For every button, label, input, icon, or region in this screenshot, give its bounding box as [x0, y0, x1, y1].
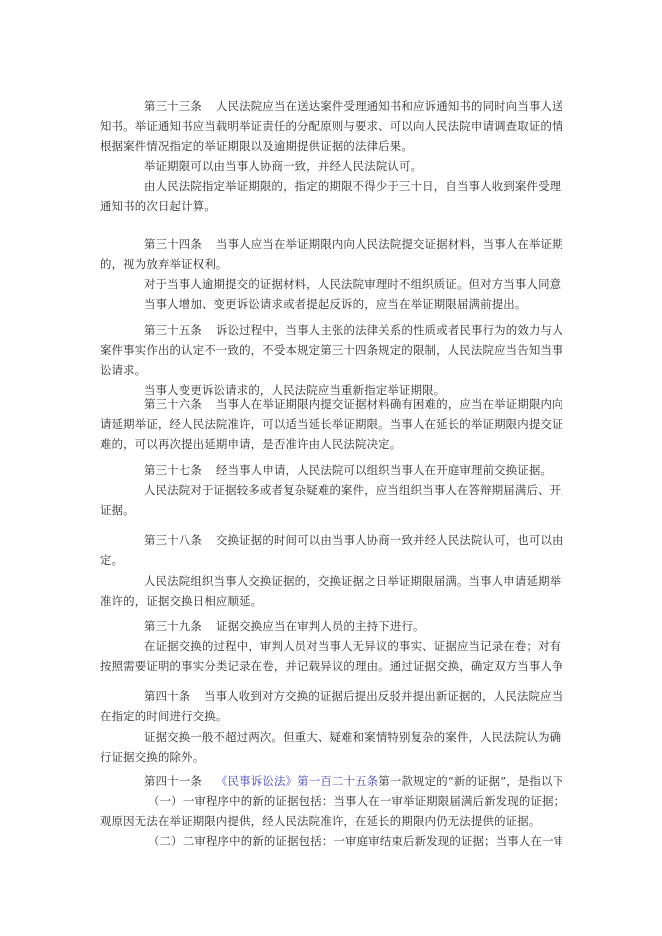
article-36-line: 难的，可以再次提出延期申请，是否准许由人民法院决定。: [100, 435, 562, 453]
article-text: 当事人应当在举证期限内向人民法院提交证据材料，当事人在举证期限内不提交: [216, 237, 562, 251]
article-37-heading-line: 第三十七条经当事人申请，人民法院可以组织当事人在开庭审理前交换证据。: [144, 461, 562, 479]
article-text: 人民法院应当在送达案件受理通知书和应诉通知书的同时向当事人送达举证通: [216, 99, 562, 113]
article-36-heading-line: 第三十六条当事人在举证期限内提交证据材料确有困难的，应当在举证期限内向人民法院申: [144, 395, 562, 413]
article-41-heading-line: 第四十一条《民事诉讼法》第一百二十五条第一款规定的“新的证据”，是指以下情形：: [144, 772, 562, 790]
article-40-line: 行证据交换的除外。: [100, 748, 562, 766]
article-number: 第四十一条: [144, 772, 216, 790]
article-40-paragraph: 证据交换一般不超过两次。但重大、疑难和案情特别复杂的案件，人民法院认为确有必要再…: [144, 728, 562, 746]
article-number: 第三十三条: [144, 97, 216, 115]
article-33-line: 根据案件情况指定的举证期限以及逾期提供证据的法律后果。: [100, 137, 562, 155]
article-33-line: 知书。举证通知书应当载明举证责任的分配原则与要求、可以向人民法院申请调查取证的情…: [100, 117, 562, 135]
article-text: 第一款规定的“新的证据”，是指以下情形：: [378, 774, 562, 788]
article-number: 第四十条: [144, 687, 204, 705]
article-number: 第三十五条: [144, 321, 216, 339]
article-41-item: （二）二审程序中的新的证据包括：一审庭审结束后新发现的证据；当事人在一审举证期限…: [148, 832, 562, 850]
article-text: 证据交换应当在审判人员的主持下进行。: [216, 619, 425, 633]
article-38-line: 定。: [100, 551, 562, 569]
article-38-line: 准许的，证据交换日相应顺延。: [100, 592, 562, 610]
document-page: 第三十三条人民法院应当在送达案件受理通知书和应诉通知书的同时向当事人送达举证通 …: [0, 0, 662, 936]
article-34-heading-line: 第三十四条当事人应当在举证期限内向人民法院提交证据材料，当事人在举证期限内不提交: [144, 235, 562, 253]
article-34-paragraph: 当事人增加、变更诉讼请求或者提起反诉的，应当在举证期限届满前提出。: [144, 295, 562, 313]
article-34-paragraph: 对于当事人逾期提交的证据材料，人民法院审理时不组织质证。但对方当事人同意质证的除…: [144, 275, 562, 293]
article-39-line: 按照需要证明的事实分类记录在卷，并记载异议的理由。通过证据交换，确定双方当事人争…: [100, 657, 562, 675]
article-text: 经当事人申请，人民法院可以组织当事人在开庭审理前交换证据。: [216, 463, 552, 477]
article-38-paragraph: 人民法院组织当事人交换证据的，交换证据之日举证期限届满。当事人申请延期举证经人民…: [144, 572, 562, 590]
article-33-heading-line: 第三十三条人民法院应当在送达案件受理通知书和应诉通知书的同时向当事人送达举证通: [144, 97, 562, 115]
article-33-paragraph: 由人民法院指定举证期限的，指定的期限不得少于三十日，自当事人收到案件受理通知书和…: [144, 177, 562, 195]
article-37-line: 证据。: [100, 501, 562, 519]
article-35-line: 案件事实作出的认定不一致的，不受本规定第三十四条规定的限制，人民法院应当告知当事…: [100, 341, 562, 359]
civil-procedure-law-link[interactable]: 《民事诉讼法》: [216, 774, 297, 788]
article-text: 当事人收到对方交换的证据后提出反驳并提出新证据的，人民法院应当通知当事人: [204, 689, 562, 703]
article-33-line: 通知书的次日起计算。: [100, 197, 562, 215]
article-35-line: 讼请求。: [100, 361, 562, 379]
article-41-line: 观原因无法在举证期限内提供，经人民法院准许，在延长的期限内仍无法提供的证据。: [100, 812, 562, 830]
article-text: 当事人在举证期限内提交证据材料确有困难的，应当在举证期限内向人民法院申: [216, 397, 562, 411]
article-41-item: （一）一审程序中的新的证据包括：当事人在一审举证期限届满后新发现的证据；当事人确…: [148, 792, 562, 810]
article-text: 诉讼过程中，当事人主张的法律关系的性质或者民事行为的效力与人民法院根据: [216, 323, 562, 337]
article-35-heading-line: 第三十五条诉讼过程中，当事人主张的法律关系的性质或者民事行为的效力与人民法院根据: [144, 321, 562, 339]
article-36-line: 请延期举证，经人民法院准许，可以适当延长举证期限。当事人在延长的举证期限内提交证…: [100, 415, 562, 433]
article-38-heading-line: 第三十八条交换证据的时间可以由当事人协商一致并经人民法院认可，也可以由人民法院指: [144, 531, 562, 549]
article-text: 交换证据的时间可以由当事人协商一致并经人民法院认可，也可以由人民法院指: [216, 533, 562, 547]
article-number: 第三十九条: [144, 617, 216, 635]
article-40-heading-line: 第四十条当事人收到对方交换的证据后提出反驳并提出新证据的，人民法院应当通知当事人: [144, 687, 562, 705]
article-number: 第三十八条: [144, 531, 216, 549]
article-33-paragraph: 举证期限可以由当事人协商一致，并经人民法院认可。: [144, 157, 562, 175]
article-number: 第三十六条: [144, 395, 216, 413]
article-39-heading-line: 第三十九条证据交换应当在审判人员的主持下进行。: [144, 617, 562, 635]
article-34-line: 的，视为放弃举证权利。: [100, 255, 562, 273]
article-number: 第三十四条: [144, 235, 216, 253]
article-125-link[interactable]: 第一百二十五条: [297, 774, 378, 788]
article-number: 第三十七条: [144, 461, 216, 479]
article-39-paragraph: 在证据交换的过程中，审判人员对当事人无异议的事实、证据应当记录在卷；对有异议的证…: [144, 637, 562, 655]
article-37-paragraph: 人民法院对于证据较多或者复杂疑难的案件，应当组织当事人在答辩期届满后、开庭审理前…: [144, 481, 562, 499]
article-40-line: 在指定的时间进行交换。: [100, 707, 562, 725]
